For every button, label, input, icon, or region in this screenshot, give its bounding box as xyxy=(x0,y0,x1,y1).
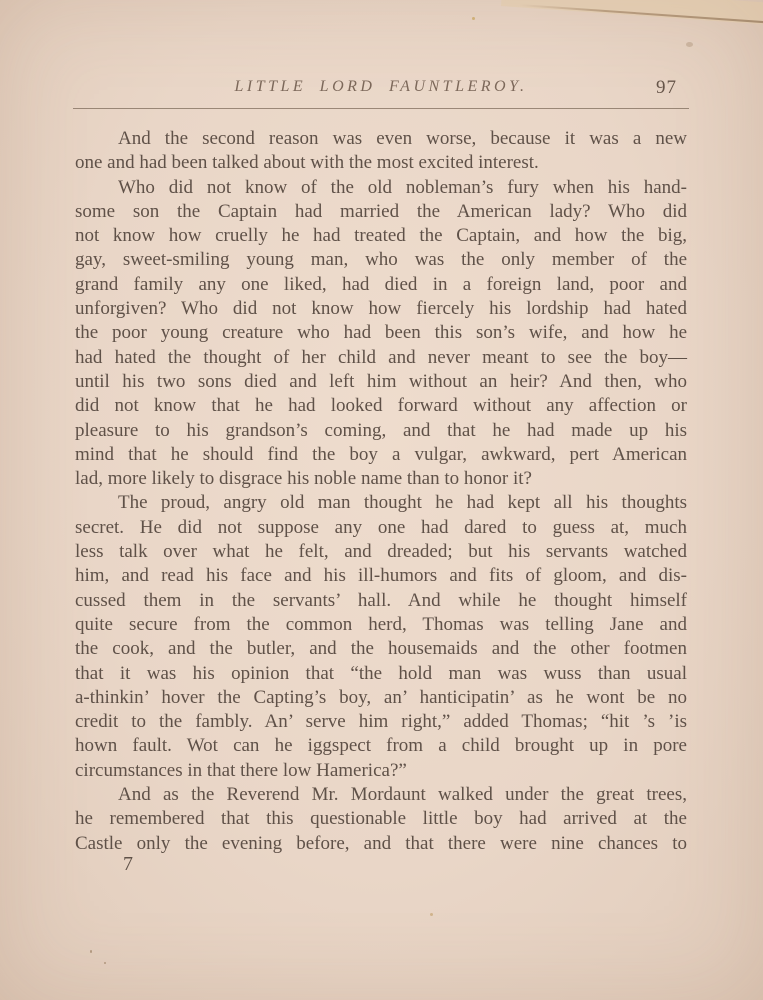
text-line: not know how cruelly he had treated the … xyxy=(75,224,687,248)
header-rule xyxy=(73,108,689,109)
text-line: less talk over what he felt, and dreaded… xyxy=(75,540,687,564)
text-line: And the second reason was even worse, be… xyxy=(75,127,687,151)
text-line: that it was his opinion that “the hold m… xyxy=(75,662,687,686)
text-line: some son the Captain had married the Ame… xyxy=(75,200,687,224)
book-page: LITTLE LORD FAUNTLEROY. 97 And the secon… xyxy=(0,0,763,1000)
text-line: circumstances in that there low Hamerica… xyxy=(75,759,687,783)
text-line: a-thinkin’ hover the Capting’s boy, an’ … xyxy=(75,686,687,710)
page-header: LITTLE LORD FAUNTLEROY. 97 xyxy=(73,78,689,102)
paper-speck xyxy=(686,42,693,47)
text-line: The proud, angry old man thought he had … xyxy=(75,491,687,515)
text-line: Who did not know of the old nobleman’s f… xyxy=(75,176,687,200)
text-line: Castle only the evening before, and that… xyxy=(75,832,687,856)
paper-speck xyxy=(104,962,106,964)
text-line: lad, more likely to disgrace his noble n… xyxy=(75,467,687,491)
text-line: secret. He did not suppose any one had d… xyxy=(75,516,687,540)
text-line: one and had been talked about with the m… xyxy=(75,151,687,175)
text-line: him, and read his face and his ill-humor… xyxy=(75,564,687,588)
text-line: mind that he should find the boy a vulga… xyxy=(75,443,687,467)
running-title: LITTLE LORD FAUNTLEROY. xyxy=(73,78,689,96)
paper-speck xyxy=(90,950,92,953)
page-number: 97 xyxy=(656,77,677,99)
text-line: And as the Reverend Mr. Mordaunt walked … xyxy=(75,783,687,807)
text-line: gay, sweet-smiling young man, who was th… xyxy=(75,248,687,272)
text-line: grand family any one liked, had died in … xyxy=(75,273,687,297)
text-line: quite secure from the common herd, Thoma… xyxy=(75,613,687,637)
text-line: the cook, and the butler, and the housem… xyxy=(75,637,687,661)
text-line: cussed them in the servants’ hall. And w… xyxy=(75,589,687,613)
text-line: until his two sons died and left him wit… xyxy=(75,370,687,394)
text-line: pleasure to his grandson’s coming, and t… xyxy=(75,419,687,443)
paper-speck xyxy=(472,17,475,20)
text-line: the poor young creature who had been thi… xyxy=(75,321,687,345)
body-text: And the second reason was even worse, be… xyxy=(75,127,687,856)
text-line: hown fault. Wot can he iggspect from a c… xyxy=(75,734,687,758)
text-line: unforgiven? Who did not know how fiercel… xyxy=(75,297,687,321)
paper-speck xyxy=(430,913,433,916)
text-line: did not know that he had looked forward … xyxy=(75,394,687,418)
text-line: he remembered that this questionable lit… xyxy=(75,807,687,831)
text-line: credit to the fambly. An’ serve him righ… xyxy=(75,710,687,734)
signature-mark: 7 xyxy=(123,853,133,876)
text-line: had hated the thought of her child and n… xyxy=(75,346,687,370)
